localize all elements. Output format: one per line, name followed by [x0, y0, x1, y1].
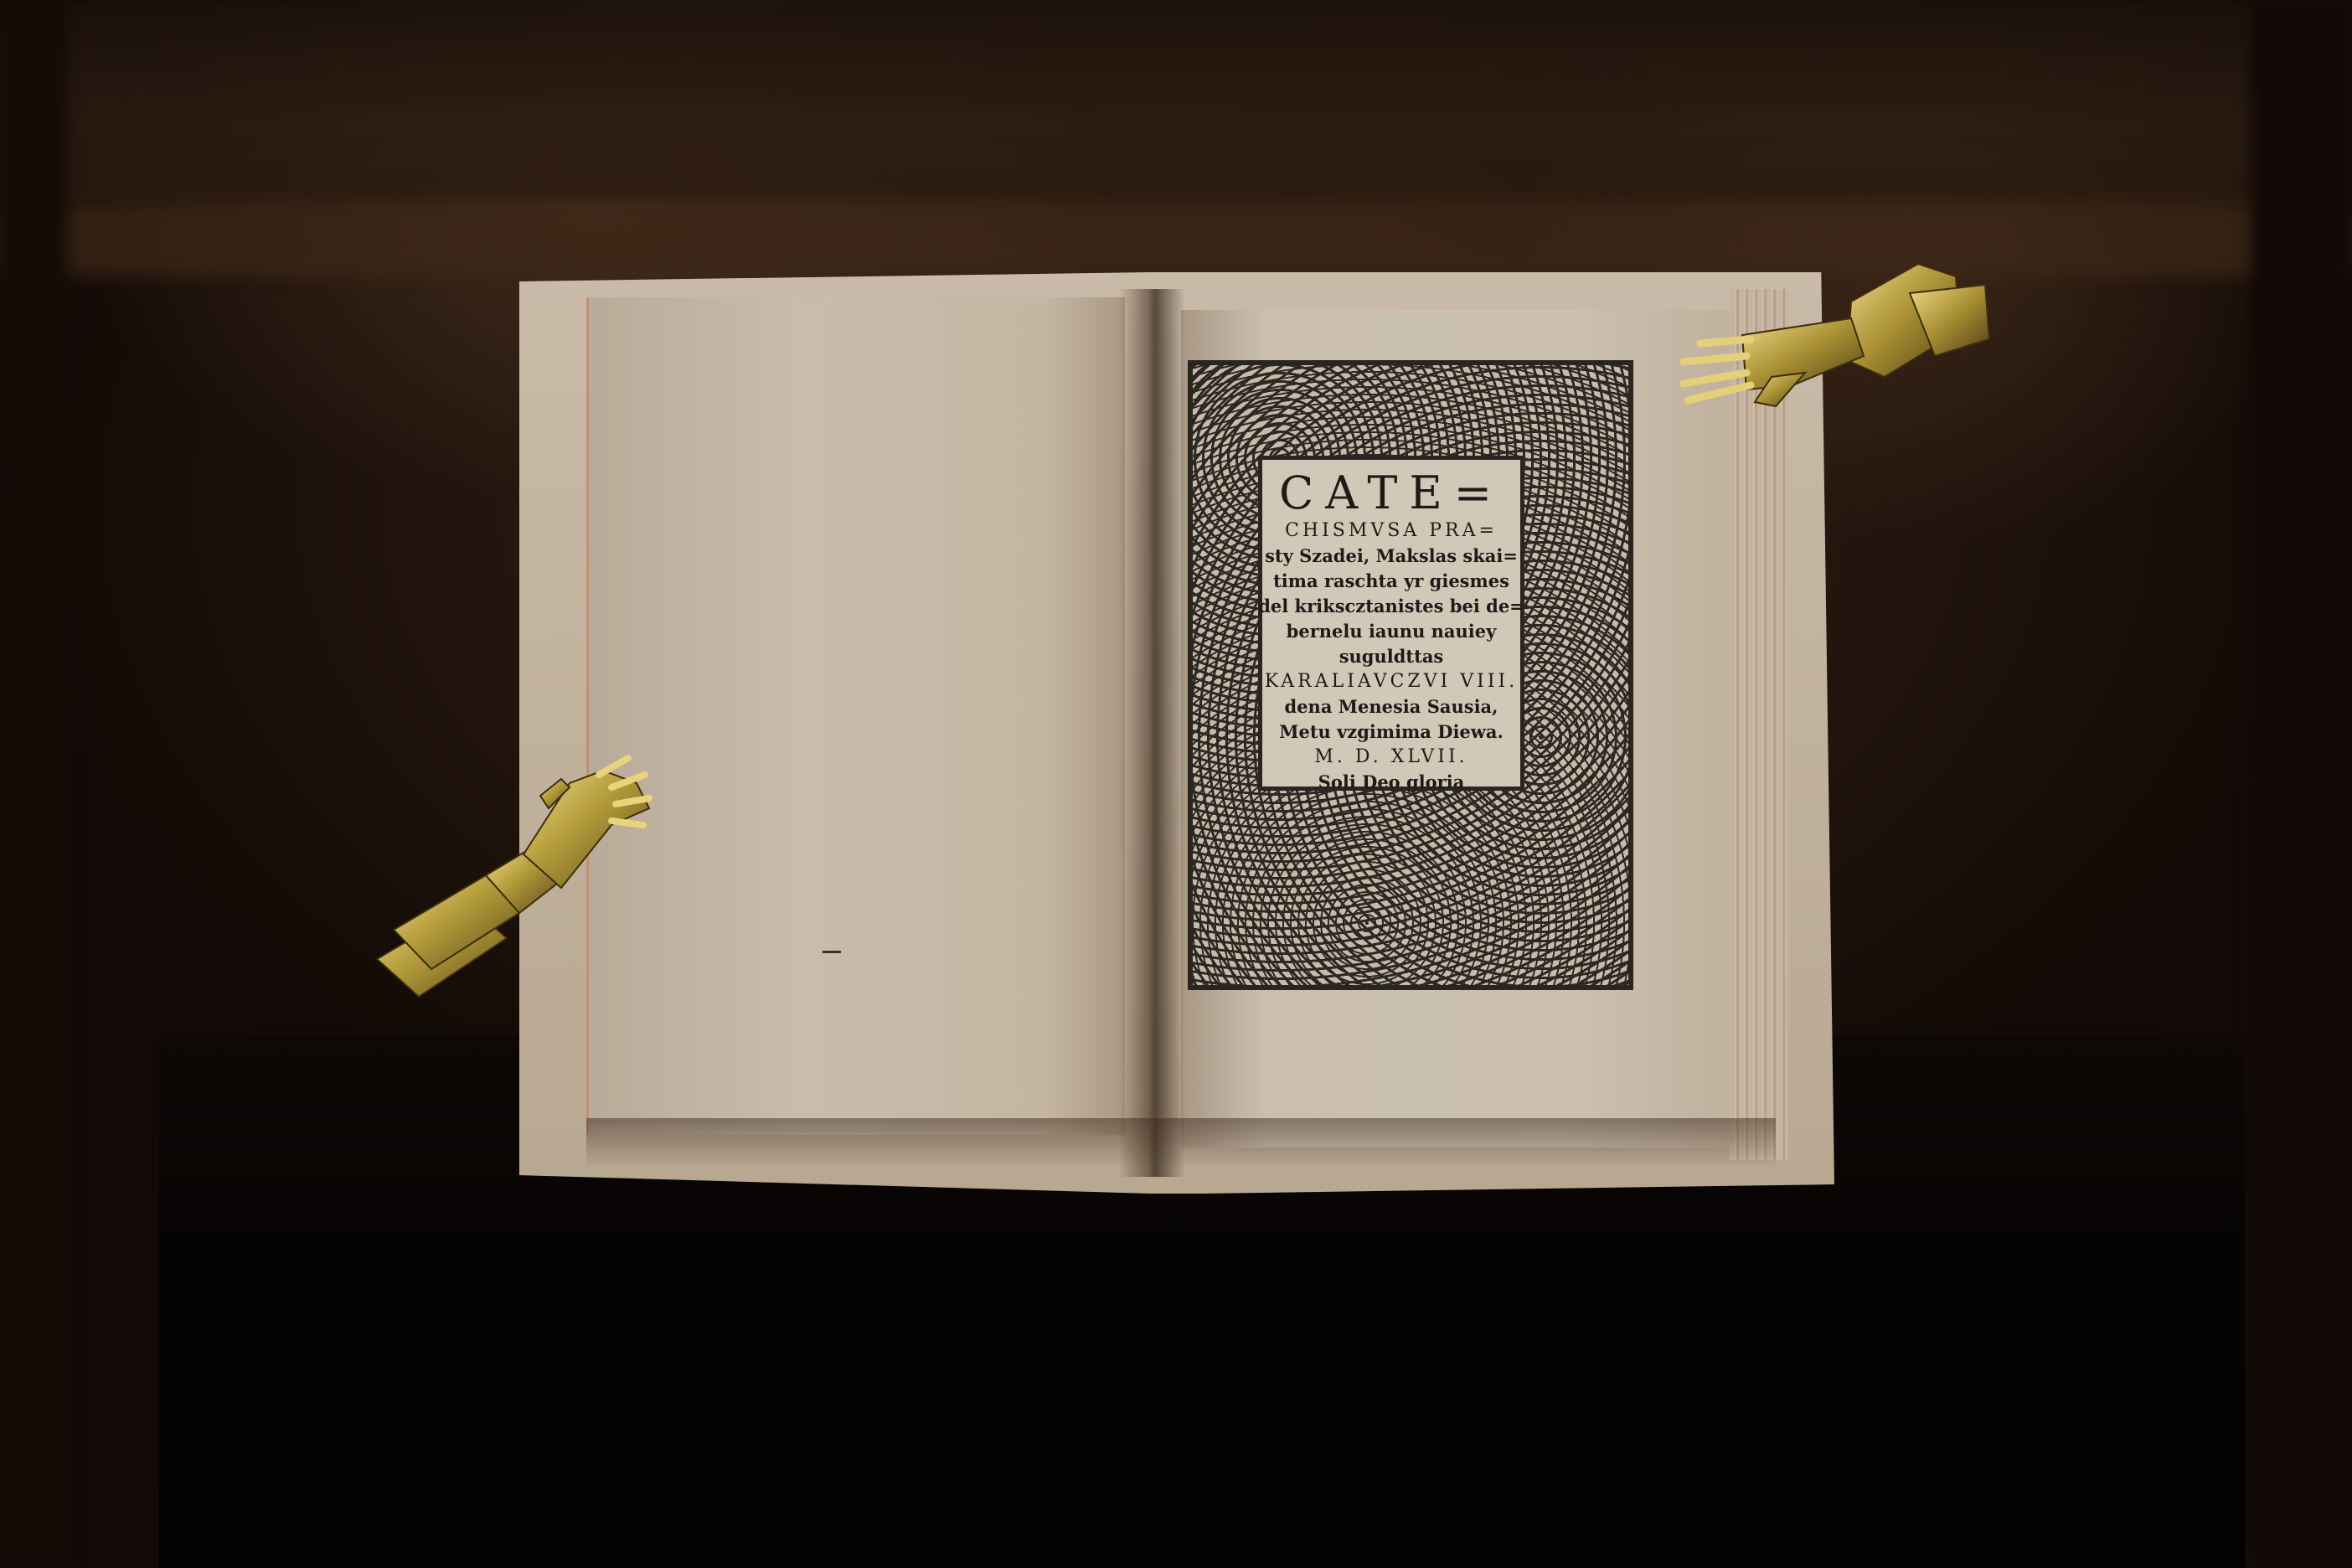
ink-mark [823, 951, 841, 953]
blurred-shelf-band [0, 201, 2352, 276]
title-line-4: tima raschta yr giesmes [1273, 569, 1509, 594]
brass-hand-clip-left [360, 750, 662, 1009]
title-line-10: Metu vzgimima Diewa. [1279, 720, 1504, 745]
page-block-edges [1730, 289, 1788, 1160]
title-line-12: Soli Deo gloria [1318, 770, 1465, 795]
title-line-5: del krikscztanistes bei de= [1258, 594, 1524, 619]
brass-hand-icon [1667, 251, 1994, 419]
dark-left-edge [0, 0, 67, 1568]
title-line-9: dena Menesia Sausia, [1285, 694, 1498, 720]
title-line-7: suguldttas [1339, 644, 1444, 669]
open-book: CATE= CHISMVSA PRA= sty Szadei, Makslas … [519, 272, 1834, 1194]
title-line-6: bernelu iaunu nauiey [1287, 619, 1497, 644]
title-line-2: CHISMVSA PRA= [1285, 518, 1498, 544]
title-line-3: sty Szadei, Makslas skai= [1265, 544, 1518, 569]
left-page-blank [586, 297, 1125, 1135]
page-curl-shadow [586, 1118, 1776, 1168]
book-gutter [1118, 289, 1185, 1177]
blurred-bookshelf [0, 0, 2352, 201]
title-text-box: CATE= CHISMVSA PRA= sty Szadei, Makslas … [1258, 456, 1524, 791]
dark-right-edge [2251, 0, 2352, 1568]
woodcut-ornamental-border: CATE= CHISMVSA PRA= sty Szadei, Makslas … [1188, 360, 1633, 990]
title-line-11: M. D. XLVII. [1314, 745, 1467, 770]
title-line-1: CATE= [1279, 468, 1504, 518]
title-line-8: KARALIAVCZVI VIII. [1265, 669, 1519, 694]
brass-hand-icon [360, 750, 662, 1009]
brass-hand-clip-right [1667, 251, 1994, 419]
